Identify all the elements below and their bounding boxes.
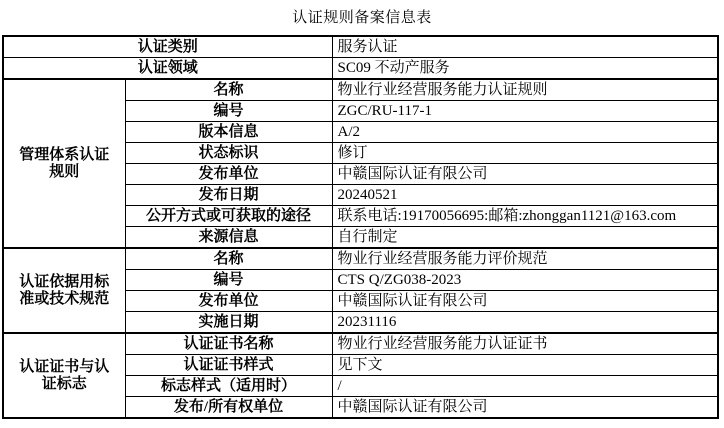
table-row: 认证依据用标准或技术规范 名称 物业行业经营服务能力评价规范 xyxy=(3,248,718,270)
field-label: 发布单位 xyxy=(125,164,332,185)
field-value: 物业行业经营服务能力认证证书 xyxy=(332,333,718,355)
field-value: A/2 xyxy=(332,122,718,143)
table-row: 认证领域 SC09 不动产服务 xyxy=(3,58,718,80)
field-label: 名称 xyxy=(125,79,332,101)
section-category: 认证证书与认证标志 xyxy=(3,333,125,418)
field-value: ZGC/RU-117-1 xyxy=(332,101,718,122)
field-value: 服务认证 xyxy=(332,36,718,58)
table-row: 认证证书与认证标志 认证证书名称 物业行业经营服务能力认证证书 xyxy=(3,333,718,355)
field-label: 实施日期 xyxy=(125,312,332,334)
field-label: 认证证书名称 xyxy=(125,333,332,355)
field-value: 中赣国际认证有限公司 xyxy=(332,164,718,185)
field-label: 标志样式（适用时） xyxy=(125,376,332,397)
field-label: 认证类别 xyxy=(3,36,332,58)
page-title: 认证规则备案信息表 xyxy=(0,0,724,35)
field-value: 联系电话:19170056695:邮箱:zhonggan1121@163.com xyxy=(332,206,718,227)
field-value: 20231116 xyxy=(332,312,718,334)
field-label: 来源信息 xyxy=(125,227,332,249)
certification-filing-table: 认证类别 服务认证 认证领域 SC09 不动产服务 管理体系认证规则 名称 物业… xyxy=(2,35,719,419)
field-value: / xyxy=(332,376,718,397)
section-category: 管理体系认证规则 xyxy=(3,79,125,248)
field-value: SC09 不动产服务 xyxy=(332,58,718,80)
field-label: 公开方式或可获取的途径 xyxy=(125,206,332,227)
field-value: CTS Q/ZG038-2023 xyxy=(332,270,718,291)
field-label: 发布单位 xyxy=(125,291,332,312)
field-value: 物业行业经营服务能力认证规则 xyxy=(332,79,718,101)
field-label: 发布日期 xyxy=(125,185,332,206)
field-label: 版本信息 xyxy=(125,122,332,143)
field-label: 状态标识 xyxy=(125,143,332,164)
field-value: 中赣国际认证有限公司 xyxy=(332,397,718,419)
field-label: 编号 xyxy=(125,270,332,291)
field-label: 名称 xyxy=(125,248,332,270)
field-value: 修订 xyxy=(332,143,718,164)
field-value: 中赣国际认证有限公司 xyxy=(332,291,718,312)
table-row: 认证类别 服务认证 xyxy=(3,36,718,58)
field-label: 认证证书样式 xyxy=(125,355,332,376)
table-row: 管理体系认证规则 名称 物业行业经营服务能力认证规则 xyxy=(3,79,718,101)
field-label: 认证领域 xyxy=(3,58,332,80)
section-category: 认证依据用标准或技术规范 xyxy=(3,248,125,333)
field-value: 物业行业经营服务能力评价规范 xyxy=(332,248,718,270)
field-value: 自行制定 xyxy=(332,227,718,249)
field-value: 见下文 xyxy=(332,355,718,376)
field-label: 发布/所有权单位 xyxy=(125,397,332,419)
field-label: 编号 xyxy=(125,101,332,122)
field-value: 20240521 xyxy=(332,185,718,206)
